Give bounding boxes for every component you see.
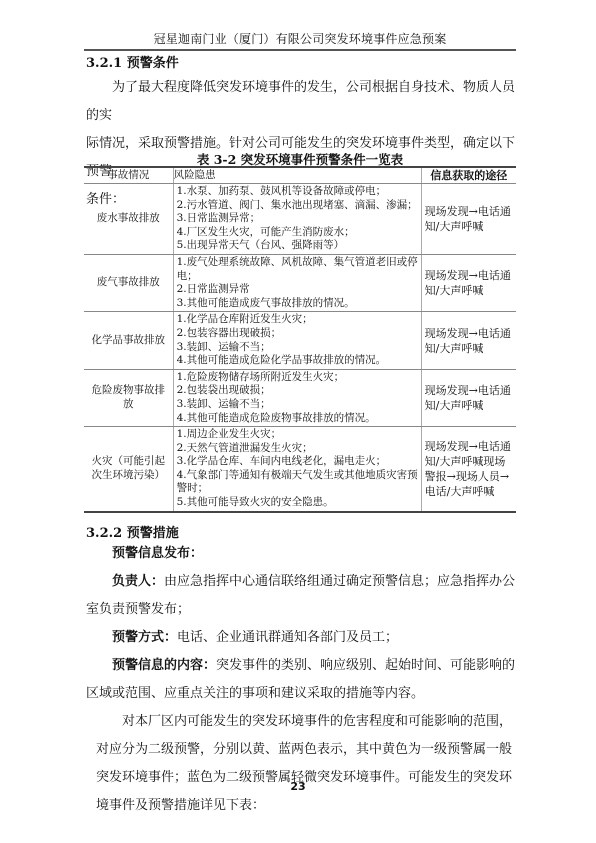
cell-channel: 现场发现→电话通知/大声呼喊 [421,254,516,311]
column-header-channel: 信息获取的途径 [421,167,516,184]
column-header-risks: 风险隐患 [173,167,421,184]
cell-risks: 1.水泵、加药泵、鼓风机等设备故障或停电； 2.污水管道、阀门、集水池出现堵塞、… [173,184,421,255]
table-row: 废水事故排放 1.水泵、加药泵、鼓风机等设备故障或停电； 2.污水管道、阀门、集… [84,184,516,255]
table-header-row: 事故情况 风险隐患 信息获取的途径 [84,167,516,184]
cell-situation: 化学品事故排放 [84,312,173,369]
cell-risks: 1.危险废物储存场所附近发生火灾； 2.包装袋出现破损； 3.装卸、运输不当； … [173,369,421,426]
cell-situation: 废水事故排放 [84,184,173,255]
table-row: 化学品事故排放 1.化学品仓库附近发生火灾； 2.包装容器出现破损； 3.装卸、… [84,312,516,369]
page-number: 23 [0,780,596,793]
cell-channel: 现场发现→电话通知/大声呼喊 [421,184,516,255]
cell-channel: 现场发现→电话通知/大声呼喊 [421,369,516,426]
content-paragraph: 预警信息的内容：突发事件的类别、响应级别、起始时间、可能影响的区域或范围、应重点… [86,652,516,708]
section-heading-321: 3.2.1 预警条件 [86,56,179,72]
cell-situation: 废气事故排放 [84,254,173,311]
paragraph-line: 为了最大程度降低突发环境事件的发生，公司根据自身技术、物质人员的实 [86,74,516,130]
method-paragraph: 预警方式：电话、企业通讯群通知各部门及员工； [86,624,516,652]
warning-conditions-table: 事故情况 风险隐患 信息获取的途径 废水事故排放 1.水泵、加药泵、鼓风机等设备… [84,166,516,513]
table-row: 危险废物事故排放 1.危险废物储存场所附近发生火灾； 2.包装袋出现破损； 3.… [84,369,516,426]
section-322-body: 预警信息发布： 负责人：由应急指挥中心通信联络组通过确定预警信息；应急指挥办公室… [86,540,516,820]
page-header-title: 冠星迦南门业（厦门）有限公司突发环境事件应急预案 [84,32,516,46]
responsible-paragraph: 负责人：由应急指挥中心通信联络组通过确定预警信息；应急指挥办公室负责预警发布； [86,568,516,624]
cell-situation: 危险废物事故排放 [84,369,173,426]
table-row: 废气事故排放 1.废气处理系统故障、风机故障、集气管道老旧或停电； 2.日常监测… [84,254,516,311]
column-header-situation: 事故情况 [84,167,173,184]
cell-channel: 现场发现→电话通知/大声呼喊现场警报→现场人员→电话/大声呼喊 [421,427,516,512]
cell-risks: 1.化学品仓库附近发生火灾； 2.包装容器出现破损； 3.装卸、运输不当； 4.… [173,312,421,369]
cell-risks: 1.废气处理系统故障、风机故障、集气管道老旧或停电； 2.日常监测异常 3.其他… [173,254,421,311]
cell-channel: 现场发现→电话通知/大声呼喊 [421,312,516,369]
levels-paragraph: 对本厂区内可能发生的突发环境事件的危害程度和可能影响的范围，对应分为二级预警，分… [86,708,516,820]
release-heading: 预警信息发布： [86,540,516,568]
table-row: 火灾（可能引起次生环境污染） 1.周边企业发生火灾； 2.天然气管道泄漏发生火灾… [84,427,516,512]
cell-situation: 火灾（可能引起次生环境污染） [84,427,173,512]
header-divider [84,49,516,51]
cell-risks: 1.周边企业发生火灾； 2.天然气管道泄漏发生火灾； 3.化学品仓库、车间内电线… [173,427,421,512]
